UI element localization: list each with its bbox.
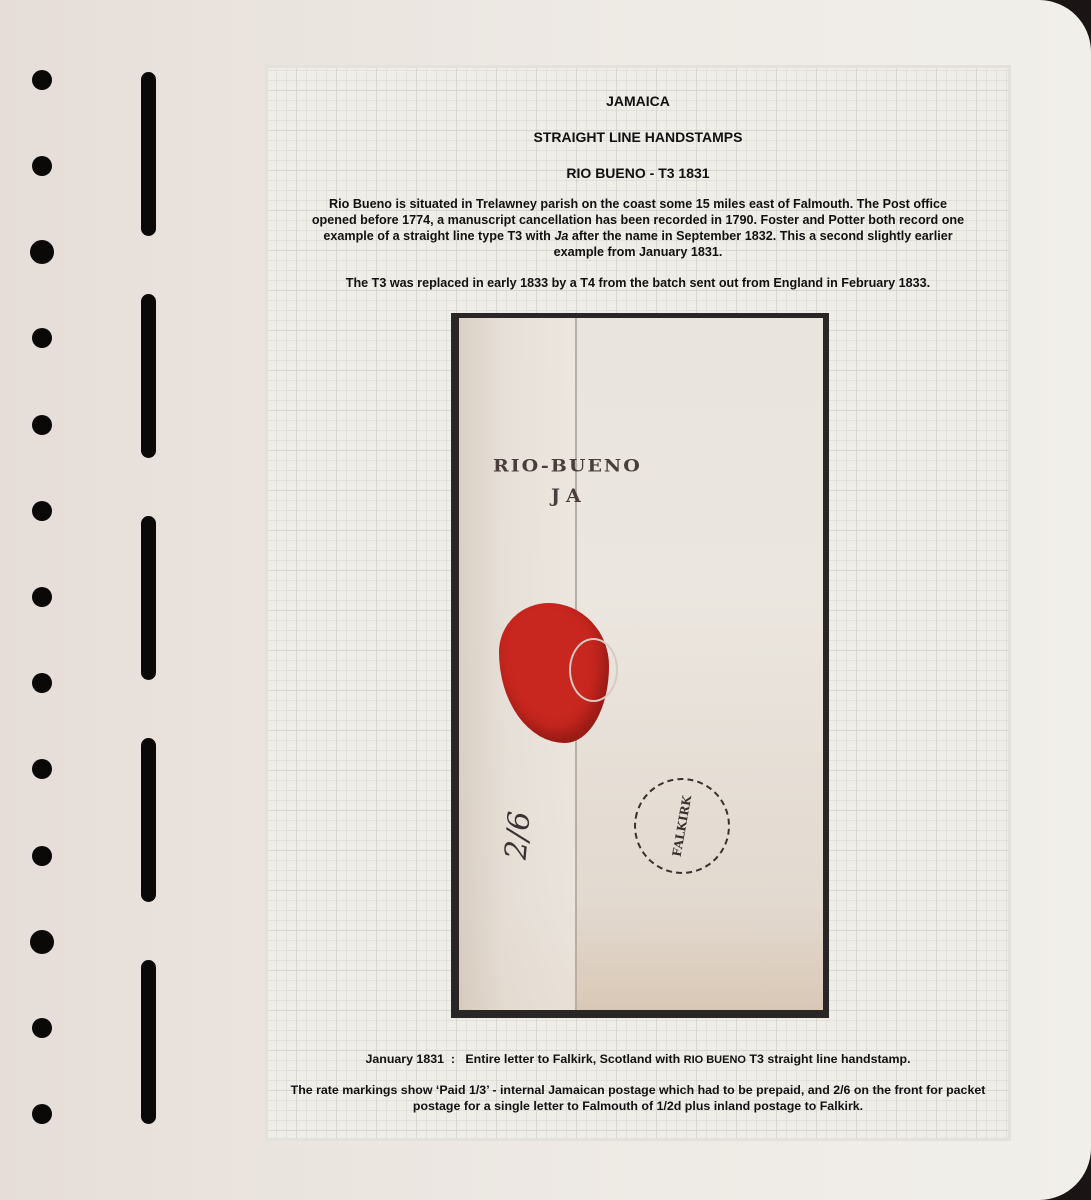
binder-hole [32,501,52,521]
binder-hole [32,415,52,435]
binder-hole [32,846,52,866]
binder-slot [141,960,156,1124]
ja-italic: Ja [554,229,568,243]
binder-hole [32,587,52,607]
rio-bueno-handstamp: RIO-BUENO [493,456,642,476]
binder-hole [32,1018,52,1038]
binder-slot [141,516,156,680]
binder-slot [141,294,156,458]
binder-slot [141,72,156,236]
page-heading: JAMAICA [268,93,1008,109]
page-subheading: STRAIGHT LINE HANDSTAMPS [268,129,1008,145]
binder-hole [32,1104,52,1124]
album-page: JAMAICA STRAIGHT LINE HANDSTAMPS RIO BUE… [0,0,1091,1200]
exhibit-mount: RIO-BUENO JA FALKIRK 2/6 [451,313,829,1018]
seal-impression-ring [569,638,618,702]
binder-slot [141,738,156,902]
binder-hole [32,759,52,779]
intro-paragraph-1: Rio Bueno is situated in Trelawney paris… [308,196,968,260]
quadrille-panel: JAMAICA STRAIGHT LINE HANDSTAMPS RIO BUE… [265,65,1011,1141]
caption-date: January 1831 [365,1052,444,1066]
intro-text: Rio Bueno is situated in Trelawney paris… [308,196,968,291]
circular-datestamp: FALKIRK [626,770,737,881]
binder-hole [30,930,54,954]
binder-hole [32,70,52,90]
binder-hole [30,240,54,264]
binder-hole [32,673,52,693]
binder-hole [32,328,52,348]
ja-handstamp: JA [551,485,587,507]
page-title: RIO BUENO - T3 1831 [268,165,1008,181]
intro-paragraph-2: The T3 was replaced in early 1833 by a T… [308,275,968,291]
exhibit-caption: January 1831 : Entire letter to Falkirk,… [288,1051,988,1068]
entire-letter-image: RIO-BUENO JA FALKIRK 2/6 [459,318,823,1010]
binder-hole [32,156,52,176]
rate-note: The rate markings show ‘Paid 1/3’ - inte… [288,1082,988,1114]
manuscript-rate-marking: 2/6 [499,810,538,861]
